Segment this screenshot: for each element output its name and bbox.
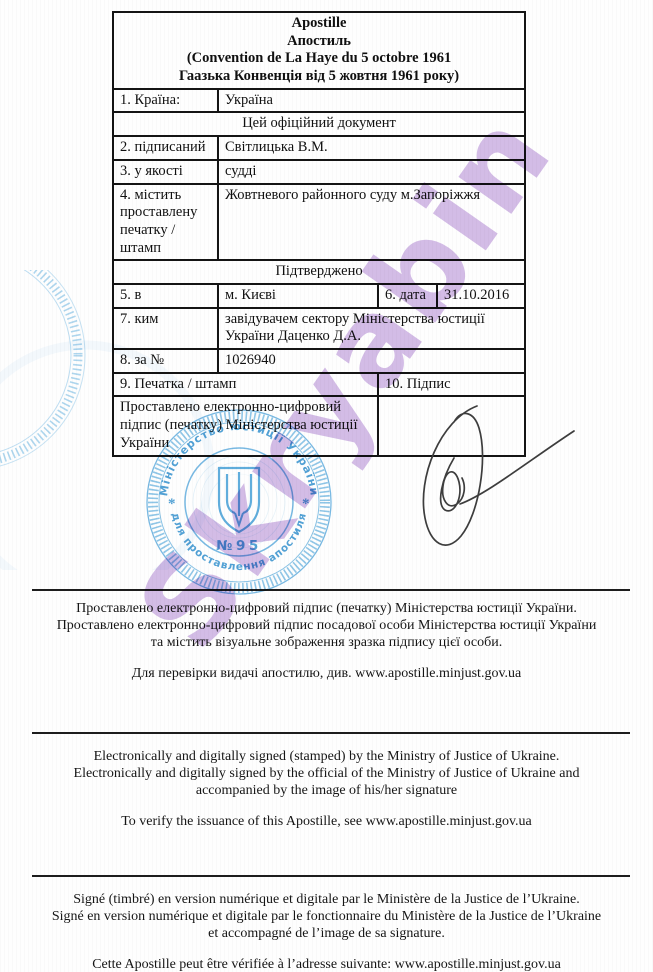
footer-ua-verify-url: Для перевірки видачі апостилю, див. www.… <box>0 665 653 682</box>
apostille-scan-page: Skryabin Apostille Апостиль (Convention … <box>0 0 653 972</box>
table-row: Цей офіційний документ <box>113 112 525 136</box>
row-value-capacity: судді <box>218 160 525 184</box>
table-row: 5. в м. Києві 6. дата 31.10.2016 <box>113 284 525 308</box>
signature-image <box>362 398 592 573</box>
footer-english: Electronically and digitally signed (sta… <box>0 748 653 830</box>
stamp-star-right-icon: * <box>302 496 310 512</box>
footer-ua-line: та містить візуальне зображення зразка п… <box>0 634 653 651</box>
row-value-at: м. Києві <box>218 284 378 308</box>
row-label-capacity: 3. у якості <box>113 160 218 184</box>
table-row: 9. Печатка / штамп 10. Підпис <box>113 373 525 397</box>
header-title-en: Apostille <box>120 15 518 33</box>
row-label-by: 7. ким <box>113 308 218 349</box>
separator-divider <box>32 875 630 877</box>
apostille-table: Apostille Апостиль (Convention de La Hay… <box>112 11 526 457</box>
row-label-signed-by: 2. підписаний <box>113 136 218 160</box>
footer-fr-line: Signé (timbré) en version numérique et d… <box>0 891 653 908</box>
row-value-date: 31.10.2016 <box>437 284 525 308</box>
ministry-round-stamp: Міністерство юстиції України для простав… <box>141 404 337 600</box>
footer-fr-line: Signé en version numérique et digitale p… <box>0 908 653 925</box>
row-value-seal-of: Жовтневого районного суду м.Запоріжжя <box>218 184 525 261</box>
section-official-document: Цей офіційний документ <box>113 112 525 136</box>
footer-fr-verify-url: Cette Apostille peut être vérifiée à l’a… <box>0 956 653 972</box>
stamp-number: №95 <box>216 538 262 554</box>
table-row: 3. у якості судді <box>113 160 525 184</box>
header-convention-ua: Гаазька Конвенція від 5 жовтня 1961 року… <box>120 68 518 86</box>
signature-tail <box>460 431 574 504</box>
table-row: 8. за № 1026940 <box>113 349 525 373</box>
stamp-star-left-icon: * <box>168 496 176 512</box>
footer-ua-line: Проставлено електронно-цифровий підпис (… <box>0 600 653 617</box>
table-row: Підтверджено <box>113 260 525 284</box>
separator-divider <box>32 732 630 734</box>
section-certified: Підтверджено <box>113 260 525 284</box>
row-label-date: 6. дата <box>378 284 437 308</box>
header-title-ua: Апостиль <box>120 33 518 51</box>
row-value-by: завідувачем сектору Міністерства юстиції… <box>218 308 525 349</box>
row-label-at: 5. в <box>113 284 218 308</box>
row-label-country: 1. Країна: <box>113 89 218 113</box>
row-value-signed-by: Світлицька В.М. <box>218 136 525 160</box>
row-value-number: 1026940 <box>218 349 525 373</box>
footer-french: Signé (timbré) en version numérique et d… <box>0 891 653 972</box>
footer-ukrainian: Проставлено електронно-цифровий підпис (… <box>0 600 653 682</box>
row-label-seal-stamp: 9. Печатка / штамп <box>113 373 378 397</box>
footer-en-line: accompanied by the image of his/her sign… <box>0 782 653 799</box>
trident-icon <box>219 468 259 532</box>
footer-fr-line: et accompagné de l’image de sa signature… <box>0 925 653 942</box>
table-row: 2. підписаний Світлицька В.М. <box>113 136 525 160</box>
table-row: 7. ким завідувачем сектору Міністерства … <box>113 308 525 349</box>
row-label-number: 8. за № <box>113 349 218 373</box>
table-header-row: Apostille Апостиль (Convention de La Hay… <box>113 12 525 89</box>
signature-loop <box>423 406 482 545</box>
header-convention-fr: (Convention de La Haye du 5 octobre 1961 <box>120 50 518 68</box>
table-header-cell: Apostille Апостиль (Convention de La Hay… <box>113 12 525 89</box>
footer-en-line: Electronically and digitally signed by t… <box>0 765 653 782</box>
row-label-seal-of: 4. містить проставлену печатку / штамп <box>113 184 218 261</box>
table-row: 1. Країна: Україна <box>113 89 525 113</box>
row-label-signature: 10. Підпис <box>378 373 525 397</box>
footer-ua-line: Проставлено електронно-цифровий підпис п… <box>0 617 653 634</box>
row-value-country: Україна <box>218 89 525 113</box>
footer-en-verify-url: To verify the issuance of this Apostille… <box>0 813 653 830</box>
footer-en-line: Electronically and digitally signed (sta… <box>0 748 653 765</box>
table-row: 4. містить проставлену печатку / штамп Ж… <box>113 184 525 261</box>
